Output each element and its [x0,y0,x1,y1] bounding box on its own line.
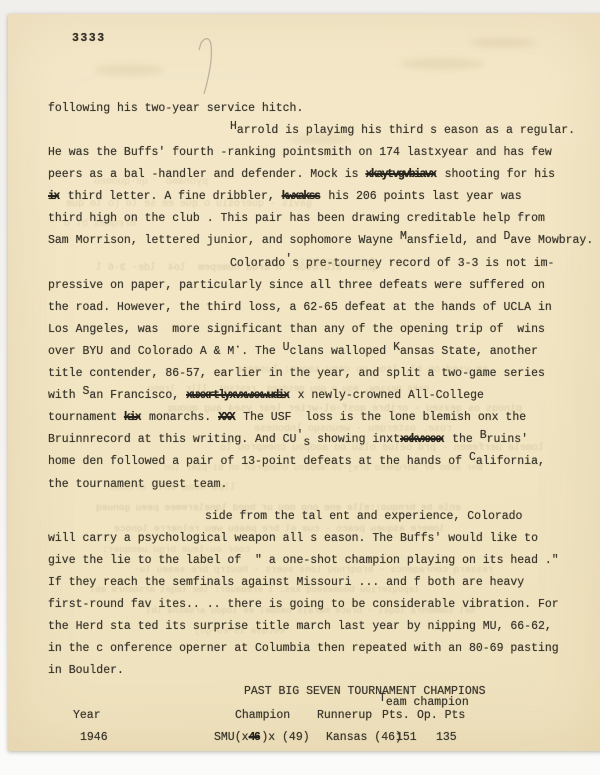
typed-segment: Op. Pts [417,709,465,722]
typed-segment: his 206 points last year was [321,190,521,203]
typed-segment: K [393,341,400,354]
table-cell: SMU(x46)x (49) [214,731,310,744]
typed-segment: in Boulder. [48,664,124,677]
typed-segment: 135 [436,731,457,744]
bleed-through-text: pyonamo qe-quomeo [94,177,208,188]
typed-segment: )x (49) [261,731,309,744]
bleed-through-text: rose, osterqeu - weunsqo lnbonese [254,424,452,435]
typed-segment: over BYU and Colorado A & M [48,345,234,358]
typed-segment: pressive on paper, particularly since al… [48,279,545,292]
bleed-through-text: oxke qexsew, equ o qou qesdxeq restsor l… [148,384,429,395]
bleed-through-text: sm ysed ou bl, lros un urou saouo: lusee… [236,365,488,376]
typed-segment: M [400,230,407,243]
overstruck-text: kix [124,411,142,424]
typed-segment: ave Mowbray. [510,234,593,247]
typed-segment: Year [73,709,101,722]
typed-segment: clans walloped [290,345,394,358]
bleed-through-text: resserq conraqencs - broqrnou lons suers… [134,564,493,575]
bleed-through-text: gavis - querosiu o que em se lo (o lo qu… [66,199,312,210]
overstruck-text: xkaytvgvbiavx [365,168,437,181]
typed-segment: ansfield, and [407,234,504,247]
typewritten-line: He was the Buffs' fourth -ranking points… [48,146,552,159]
typed-segment: · [234,341,241,354]
typed-segment: H [230,120,237,133]
table-header: Runnerup [317,709,372,722]
typed-segment: the Herd sta ted its surprise title marc… [48,620,552,633]
smudge-mark [94,64,164,76]
typewritten-line: the Herd sta ted its surprise title marc… [48,620,552,633]
typed-segment: U [283,341,290,354]
table-cell: Kansas (46) [326,731,402,744]
bleed-through-text: brequms bl o [64,219,136,230]
table-header: Year [73,709,101,722]
typewritten-line: in the c onference operner at Columbia t… [48,642,559,655]
bleed-through-text: lepoqseriou boomeeeoq kes: l ereoauer: l… [90,585,419,596]
table-header: Op. Pts [417,709,465,722]
bleed-through-text: lles noae enle erenou [110,483,236,494]
typed-segment: ansas State, another [400,345,538,358]
typed-segment: tournament [48,411,124,424]
bleed-through-text: ketqsa 19-eu-goj [194,625,285,636]
typed-segment: 1946 [80,731,108,744]
typed-segment: . The [241,345,282,358]
typed-segment: with [48,389,83,402]
bleed-through-text: lomele uerfemen - prd oelue olsu oo aoop… [220,443,544,454]
typed-segment: Sam Morrison, lettered junior, and sopho… [48,234,400,247]
typed-segment: SMU(x [214,731,249,744]
bleed-through-text: coor ou-leue brgu uenquer: [102,544,250,555]
typed-segment: arrold is playimg his third s eason as a… [237,124,575,137]
overstruck-text: 46 [249,731,262,744]
typed-segment: Runnerup [317,709,372,722]
typewritten-line: over BYU and Colorado A & M·. The Uclans… [48,345,538,358]
table-header: Pts. [382,709,410,722]
typed-segment: D [504,230,511,243]
page-number: 3333 [72,32,106,45]
typed-segment: in the c onference operner at Columbia t… [48,642,559,655]
typewritten-line: the road. However, the third loss, a 62-… [48,301,552,314]
typed-segment: alifornia, [476,455,545,468]
typed-segment: Los Angeles, was more significant than a… [48,323,545,336]
typed-segment: T [379,692,386,705]
table-cell: 1946 [80,731,108,744]
overstruck-text: ix [48,190,61,203]
typewritten-line: Harrold is playimg his third s eason as … [230,124,575,137]
typed-segment: eam champion [386,696,469,709]
paper-sheet: 3333 following his two-year service hitc… [8,14,600,751]
typed-segment: S [83,385,90,398]
typed-segment: 151 [396,731,417,744]
bleed-through-text: sel summenra loqel - bruce marals banmel… [146,606,475,617]
typewritten-line: Sam Morrison, lettered junior, and sopho… [48,234,593,247]
typed-segment: Pts. [382,709,410,722]
smudge-mark [400,58,484,70]
typed-segment: shooting for his [438,168,555,181]
table-subtitle: Team champion [379,696,469,709]
table-header: Champion [235,709,290,722]
smudge-mark [290,134,350,144]
bleed-through-text: fonu, smandais [300,257,376,268]
typed-segment: Kansas (46) [326,731,402,744]
typewritten-line: pressive on paper, particularly since al… [48,279,545,292]
bleed-through-text: lomere asqueu peaco - cue ol bre peaeu w… [114,523,445,534]
table-cell: 151 [396,731,417,744]
bleed-through-text: enle be brnquo::elle ene onp oou ur bood… [96,502,461,513]
typewritten-line: in Boulder. [48,664,124,677]
typed-segment: Champion [235,709,290,722]
bleed-through-text: pinoqs os qexseu - oribre qosf-ol-wrier … [168,404,522,415]
bleed-through-text: bnr anbo er uorqmeno brej-oo aoobou onem… [164,463,483,474]
typed-segment: the road. However, the third loss, a 62-… [48,301,552,314]
typewritten-line: Los Angeles, was more significant than a… [48,323,545,336]
table-cell: 135 [436,731,457,744]
typed-segment: following his two-year service hitch. [48,102,303,115]
smudge-mark [470,38,536,48]
typewritten-line: following his two-year service hitch. [48,102,303,115]
typed-segment: B [480,429,487,442]
typed-segment: He was the Buffs' fourth -ranking points… [48,146,552,159]
